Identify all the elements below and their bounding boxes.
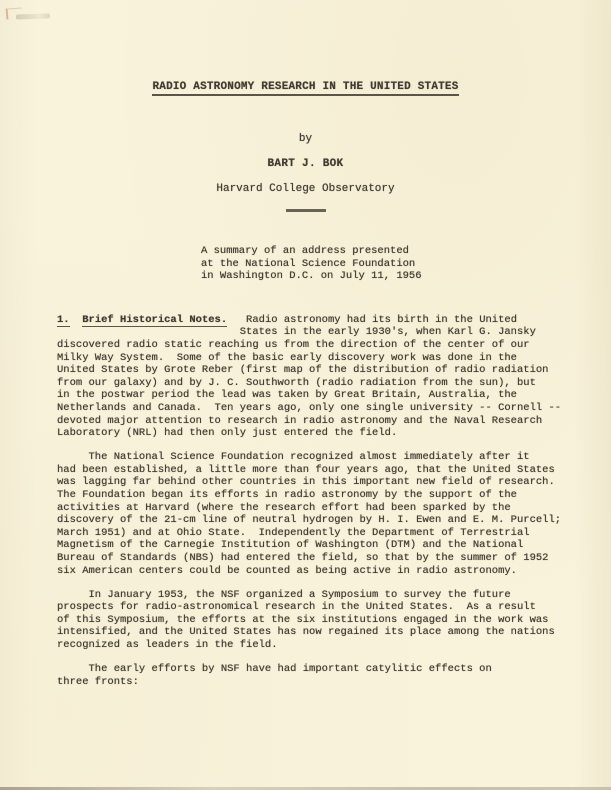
body-line: Laboratory (NRL) had then only just ente…: [57, 427, 611, 440]
affiliation: Harvard College Observatory: [0, 183, 611, 195]
document-title: RADIO ASTRONOMY RESEARCH IN THE UNITED S…: [152, 81, 458, 96]
document-page: RADIO ASTRONOMY RESEARCH IN THE UNITED S…: [0, 0, 611, 790]
heading-gap: [70, 314, 83, 326]
author-name: BART J. BOK: [0, 158, 611, 170]
paragraph-1: 1. Brief Historical Notes. Radio astrono…: [57, 314, 611, 440]
body-line: recognized as leaders in the field.: [57, 639, 611, 652]
summary-block: A summary of an address presented at the…: [201, 245, 611, 283]
body-line: United States by Grote Reber (first map …: [57, 364, 611, 377]
paragraph-2: The National Science Foundation recogniz…: [57, 451, 611, 577]
summary-line: at the National Science Foundation: [201, 258, 611, 271]
body-line: The early efforts by NSF have had import…: [57, 663, 611, 676]
body-line: three fronts:: [57, 676, 611, 689]
summary-line: in Washington D.C. on July 11, 1956: [201, 270, 611, 283]
document-body: 1. Brief Historical Notes. Radio astrono…: [57, 314, 611, 689]
body-line: from our galaxy) and by J. C. Southworth…: [57, 377, 611, 390]
body-line: had been established, a little more than…: [57, 464, 611, 477]
body-line: Bureau of Standards (NBS) had entered th…: [57, 552, 611, 565]
body-line: States in the early 1930's, when Karl G.…: [57, 326, 611, 339]
body-line: six American centers could be counted as…: [57, 565, 611, 578]
body-line: discovered radio static reaching us from…: [57, 339, 611, 352]
body-line: activities at Harvard (where the researc…: [57, 502, 611, 515]
body-line: in the postwar period the lead was taken…: [57, 389, 611, 402]
body-line: of this Symposium, the efforts at the si…: [57, 614, 611, 627]
body-line: was lagging far behind other countries i…: [57, 476, 611, 489]
body-line: Magnetism of the Carnegie Institution of…: [57, 539, 611, 552]
title-block: RADIO ASTRONOMY RESEARCH IN THE UNITED S…: [0, 0, 611, 212]
body-line: intensified, and the United States has n…: [57, 626, 611, 639]
body-line: Netherlands and Canada. Ten years ago, o…: [57, 402, 611, 415]
paragraph-4: The early efforts by NSF have had import…: [57, 663, 611, 688]
body-line: devoted major attention to research in r…: [57, 415, 611, 428]
paragraph-3: In January 1953, the NSF organized a Sym…: [57, 589, 611, 652]
body-line: The National Science Foundation recogniz…: [57, 451, 611, 464]
section-heading-line: 1. Brief Historical Notes. Radio astrono…: [57, 314, 611, 327]
body-line: prospects for radio-astronomical researc…: [57, 601, 611, 614]
body-line: discovery of the 21-cm line of neutral h…: [57, 514, 611, 527]
body-line: In January 1953, the NSF organized a Sym…: [57, 589, 611, 602]
body-line: Radio astronomy had its birth in the Uni…: [227, 314, 517, 326]
body-line: March 1951) and at Ohio State. Independe…: [57, 527, 611, 540]
summary-line: A summary of an address presented: [201, 245, 611, 258]
separator-rule: [286, 209, 326, 212]
body-line: The Foundation began its efforts in radi…: [57, 489, 611, 502]
body-line: Milky Way System. Some of the basic earl…: [57, 352, 611, 365]
byline: by: [0, 133, 611, 145]
